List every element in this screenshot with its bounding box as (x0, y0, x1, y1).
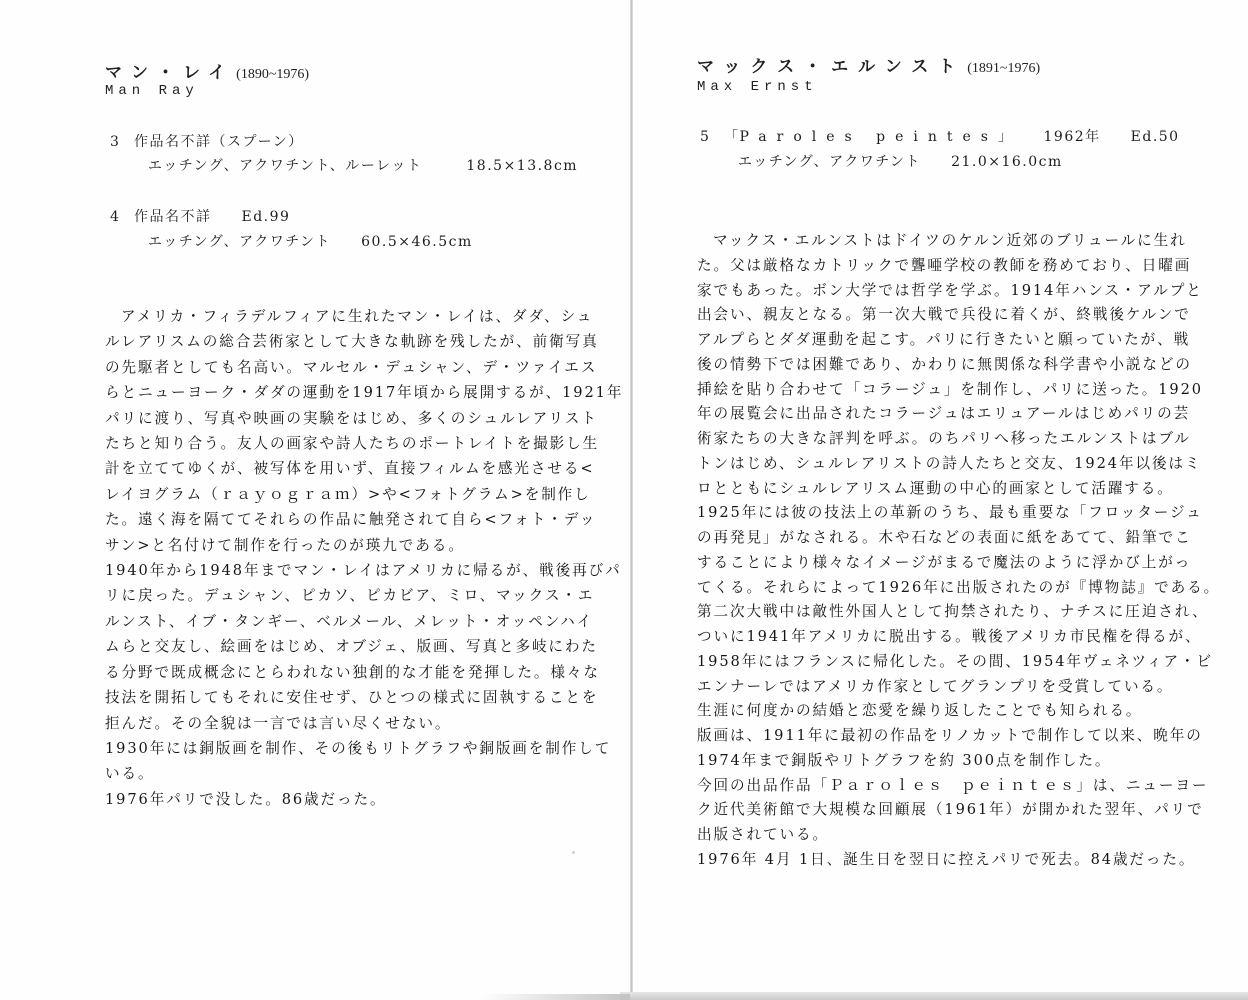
work-year: 1962年 (1044, 129, 1101, 145)
body-line: ロとともにシュルレアリスム運動の中心的画家として活躍する。 (697, 477, 1220, 502)
work-technique: エッチング、アクワチント (738, 154, 921, 170)
work-size: 60.5×46.5cm (361, 234, 473, 250)
body-line: 1976年 4月 1日、誕生日を翌日に控えパリで死去。84歳だった。 (697, 848, 1220, 873)
work-title-line: 4作品名不詳Ed.99 (110, 206, 290, 226)
biography-man-ray: アメリカ・フィラデルフィアに生れたマン・レイは、ダダ、シュ ルレアリスムの総合芸… (105, 304, 623, 812)
work-edition: Ed.99 (242, 209, 291, 225)
body-line: 1940年から1948年までマン・レイはアメリカに帰るが、戦後再びパ (105, 558, 623, 583)
body-line: 計を立ててゆくが、被写体を用いず、直接フィルムを感光させる< (105, 456, 623, 481)
body-line: ルレアリスムの総合芸術家として大きな軌跡を残したが、前衛写真 (105, 329, 623, 354)
body-line: パリに渡り、写真や映画の実験をはじめ、多くのシュルレアリスト (105, 406, 623, 431)
work-technique: エッチング、アクワチント、ルーレット (148, 158, 422, 174)
left-page: マン・レイ(1890~1976) Man Ray 3作品名不詳（スプーン） エッ… (0, 0, 632, 1000)
scan-speck (572, 851, 575, 854)
body-line: 後の情勢下では困難であり、かわりに無関係な科学書や小説などの (697, 353, 1220, 378)
biography-max-ernst: マックス・エルンストはドイツのケルン近郊のブリュールに生れ た。父は厳格なカトリ… (697, 229, 1220, 873)
body-line: 生涯に何度かの結婚と恋愛を繰り返したことでも知られる。 (697, 699, 1220, 724)
body-line: たちと知り合う。友人の画家や詩人たちのポートレイトを撮影し生 (105, 431, 623, 456)
body-line: レイヨグラム（ｒａｙｏｇｒａｍ）>や<フォトグラム>を制作し (105, 482, 623, 507)
work-number: 3 (110, 134, 134, 150)
body-line: た。遠く海を隔ててそれらの作品に触発されて自ら<フォト・デッ (105, 507, 623, 532)
page-bottom-edge-left (480, 994, 630, 1000)
body-line: 術家たちの大きな評判を呼ぶ。のちパリへ移ったエルンストはブル (697, 427, 1220, 452)
document-spread: マン・レイ(1890~1976) Man Ray 3作品名不詳（スプーン） エッ… (0, 0, 1248, 1000)
body-line: 拒んだ。その全貌は一言では言い尽くせない。 (105, 711, 623, 736)
work-title-open-bracket: 「 (724, 129, 740, 145)
body-line: マックス・エルンストはドイツのケルン近郊のブリュールに生れ (697, 229, 1220, 254)
body-line: 1976年パリで没した。86歳だった。 (105, 787, 623, 812)
artist-years: (1891~1976) (967, 61, 1040, 76)
body-line: リに戻った。デュシャン、ピカソ、ピカビア、ミロ、マックス・エ (105, 583, 623, 608)
body-line: 出会い、親友となる。第一次大戦で兵役に着くが、終戦後ケルンで (697, 303, 1220, 328)
body-line: 版画は、1911年に最初の作品をリノカットで制作して以来、晩年の (697, 724, 1220, 749)
artist-years: (1890~1976) (236, 67, 309, 82)
body-line: 1974年まで銅版やリトグラフを約 300点を制作した。 (697, 749, 1220, 774)
work-title-line: 5「Paroles peintes」1962年Ed.50 (700, 126, 1180, 146)
artist-name-en: Max Ernst (697, 79, 818, 95)
work-title: 作品名不詳 (134, 209, 212, 225)
work-detail-line: エッチング、アクワチント、ルーレット18.5×13.8cm (148, 155, 578, 175)
work-title-close-bracket: 」 (998, 129, 1014, 145)
body-line: 出版されている。 (697, 823, 1220, 848)
body-line: エンナーレではアメリカ作家としてグランプリを受賞している。 (697, 675, 1220, 700)
body-line: の再発見」がなされる。木や石などの表面に紙をあてて、鉛筆でこ (697, 526, 1220, 551)
artist-name-jp: マン・レイ (105, 63, 234, 83)
work-technique: エッチング、アクワチント (148, 234, 331, 250)
body-line: 第二次大戦中は敵性外国人として拘禁されたり、ナチスに圧迫され、 (697, 600, 1220, 625)
body-line: 1958年にはフランスに帰化した。その間、1954年ヴェネツィア・ビ (697, 650, 1220, 675)
body-line: らとニューヨーク・ダダの運動を1917年頃から展開するが、1921年 (105, 380, 623, 405)
artist-heading-man-ray: マン・レイ(1890~1976) (105, 58, 309, 83)
body-line: ついに1941年アメリカに脱出する。戦後アメリカ市民権を得るが、 (697, 625, 1220, 650)
body-line: 挿絵を貼り合わせて「コラージュ」を制作し、パリに送った。1920 (697, 378, 1220, 403)
work-size: 18.5×13.8cm (466, 158, 578, 174)
body-line: アメリカ・フィラデルフィアに生れたマン・レイは、ダダ、シュ (105, 304, 623, 329)
body-line: ク近代美術館で大規模な回顧展（1961年）が開かれた翌年、パリで (697, 798, 1220, 823)
artist-heading-max-ernst: マックス・エルンスト(1891~1976) (697, 52, 1040, 77)
body-line: サン>と名付けて制作を行ったのが瑛九である。 (105, 533, 623, 558)
body-line: 1925年には彼の技法上の革新のうち、最も重要な「フロッタージュ (697, 501, 1220, 526)
artist-name-en: Man Ray (105, 83, 199, 99)
body-line: いる。 (105, 761, 623, 786)
body-line: 年の展覧会に出品されたコラージュはエリュアールはじめパリの芸 (697, 402, 1220, 427)
body-line: ムらと交友し、絵画をはじめ、オブジェ、版画、写真と多岐にわた (105, 634, 623, 659)
body-line: トンはじめ、シュルレアリストの詩人たちと交友、1924年以後はミ (697, 452, 1220, 477)
work-title-line: 3作品名不詳（スプーン） (110, 131, 304, 151)
work-title: 作品名不詳（スプーン） (134, 134, 304, 150)
artist-name-jp: マックス・エルンスト (697, 57, 965, 77)
work-title: Paroles peintes (740, 129, 999, 145)
body-line: 今回の出品作品「Ｐａｒｏｌｅｓ ｐｅｉｎｔｅｓ」は、ニューヨー (697, 774, 1220, 799)
body-line: することにより様々なイメージがまるで魔法のように浮かび上がっ (697, 551, 1220, 576)
work-detail-line: エッチング、アクワチント60.5×46.5cm (148, 231, 473, 251)
body-line: の先駆者としても名高い。マルセル・デュシャン、デ・ツァイエス (105, 355, 623, 380)
work-edition: Ed.50 (1131, 129, 1180, 145)
body-line: ルンスト、イブ・タンギー、ベルメール、メレット・オッペンハイ (105, 609, 623, 634)
work-number: 5 (700, 129, 724, 145)
work-detail-line: エッチング、アクワチント21.0×16.0cm (738, 151, 1063, 171)
work-number: 4 (110, 209, 134, 225)
body-line: 1930年には銅版画を制作、その後もリトグラフや銅版画を制作して (105, 736, 623, 761)
work-size: 21.0×16.0cm (951, 154, 1063, 170)
body-line: 技法を開拓してもそれに安住せず、ひとつの様式に固執することを (105, 685, 623, 710)
body-line: 家でもあった。ボン大学では哲学を学ぶ。1914年ハンス・アルプと (697, 279, 1220, 304)
body-line: る分野で既成概念にとらわれない独創的な才能を発揮した。様々な (105, 660, 623, 685)
body-line: アルプらとダダ運動を起こす。パリに行きたいと願っていたが、戦 (697, 328, 1220, 353)
body-line: た。父は厳格なカトリックで聾唖学校の教師を務めており、日曜画 (697, 254, 1220, 279)
body-line: てくる。それらによって1926年に出版されたのが『博物誌』である。 (697, 576, 1220, 601)
